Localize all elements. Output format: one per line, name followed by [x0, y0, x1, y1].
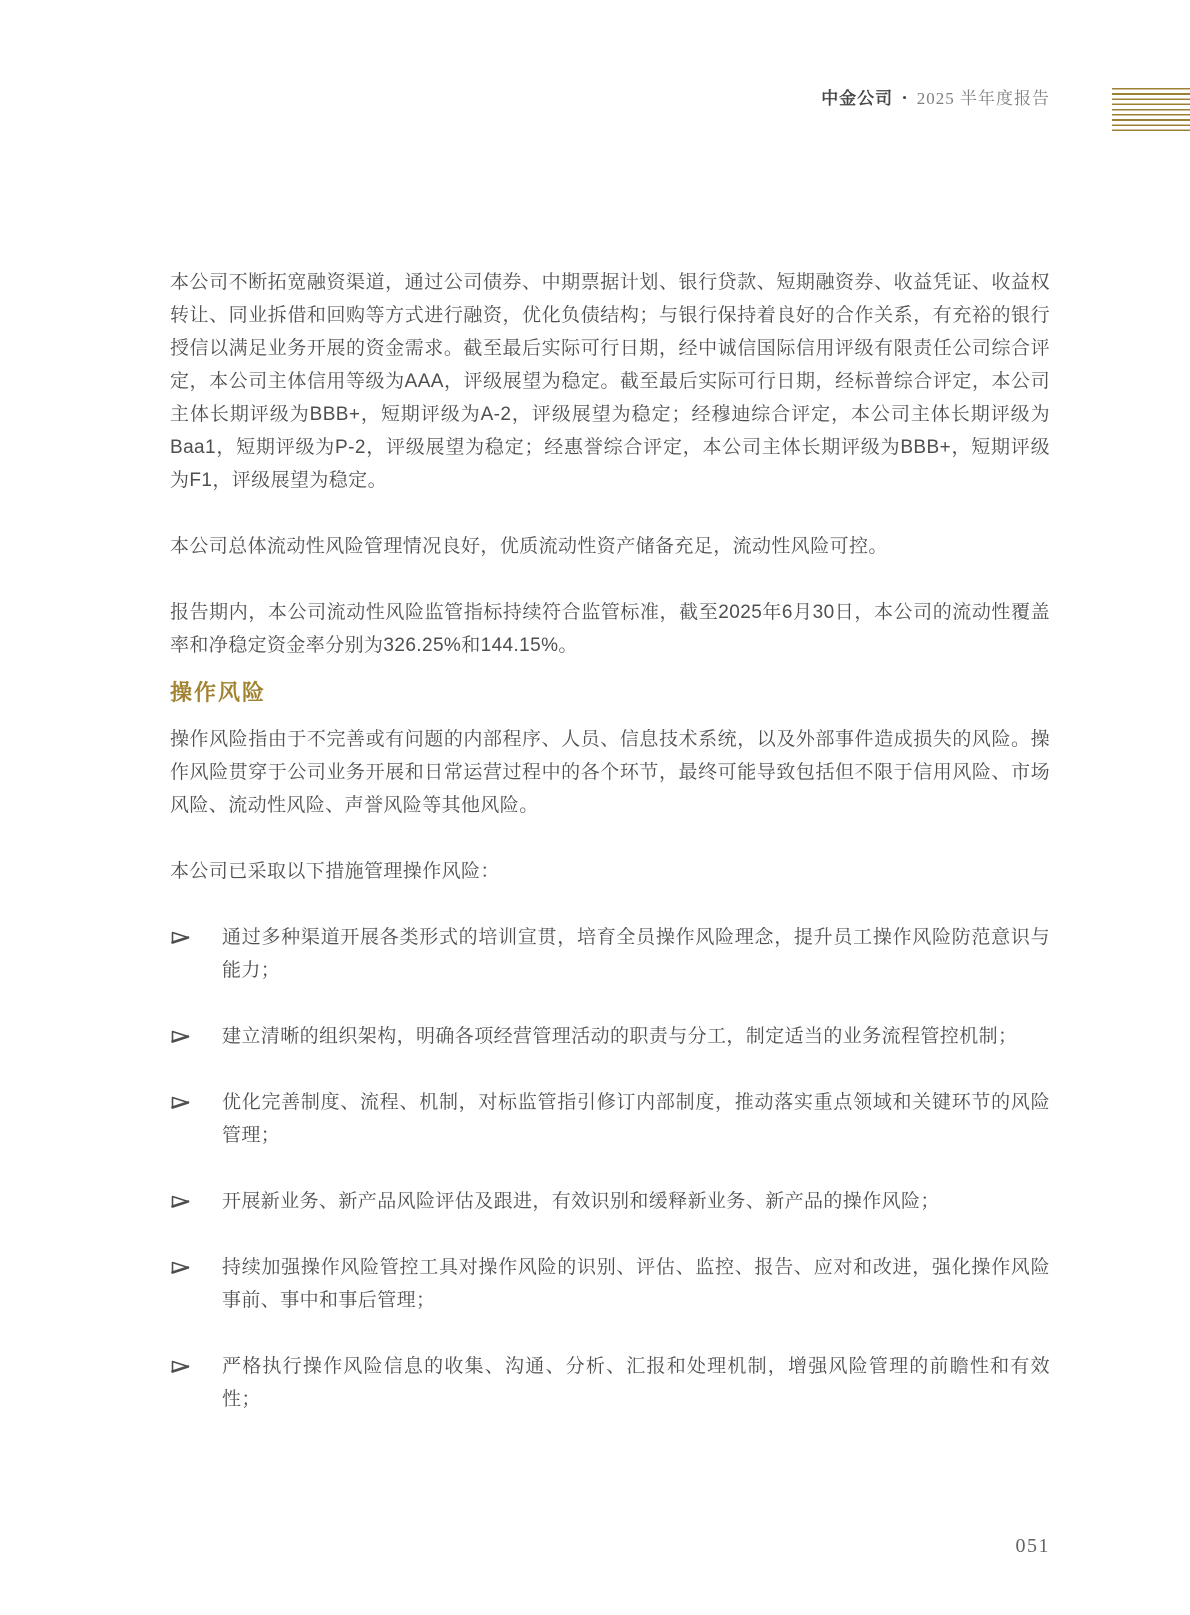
- arrowhead-right-icon: [170, 921, 222, 946]
- report-page: 中金公司•2025 半年度报告 本公司不断拓宽融资渠道，通过公司债券、中期票据计…: [0, 0, 1190, 1615]
- bullet-item: 建立清晰的组织架构，明确各项经营管理活动的职责与分工，制定适当的业务流程管控机制…: [170, 1020, 1050, 1053]
- arrowhead-right-icon: [170, 1185, 222, 1210]
- header-report-title: 2025 半年度报告: [917, 89, 1050, 108]
- bullet-text: 通过多种渠道开展各类形式的培训宣贯，培育全员操作风险理念，提升员工操作风险防范意…: [222, 921, 1050, 987]
- paragraph-measures-intro: 本公司已采取以下措施管理操作风险：: [170, 855, 1050, 888]
- paragraph-financing-channels: 本公司不断拓宽融资渠道，通过公司债券、中期票据计划、银行贷款、短期融资券、收益凭…: [170, 266, 1050, 497]
- arrowhead-right-icon: [170, 1020, 222, 1045]
- bullet-text: 优化完善制度、流程、机制，对标监管指引修订内部制度，推动落实重点领域和关键环节的…: [222, 1086, 1050, 1152]
- arrowhead-right-icon: [170, 1251, 222, 1276]
- paragraph-liquidity-status: 本公司总体流动性风险管理情况良好，优质流动性资产储备充足，流动性风险可控。: [170, 530, 1050, 563]
- section-heading-operational-risk: 操作风险: [170, 676, 1050, 709]
- bullet-text: 开展新业务、新产品风险评估及跟进，有效识别和缓释新业务、新产品的操作风险；: [222, 1185, 1050, 1218]
- bullet-item: 开展新业务、新产品风险评估及跟进，有效识别和缓释新业务、新产品的操作风险；: [170, 1185, 1050, 1218]
- arrowhead-right-icon: [170, 1350, 222, 1375]
- bullet-item: 持续加强操作风险管控工具对操作风险的识别、评估、监控、报告、应对和改进，强化操作…: [170, 1251, 1050, 1317]
- bullet-item: 严格执行操作风险信息的收集、沟通、分析、汇报和处理机制，增强风险管理的前瞻性和有…: [170, 1350, 1050, 1416]
- page-header: 中金公司•2025 半年度报告: [821, 86, 1050, 111]
- paragraph-operational-risk-definition: 操作风险指由于不完善或有问题的内部程序、人员、信息技术系统，以及外部事件造成损失…: [170, 723, 1050, 822]
- bullet-text: 建立清晰的组织架构，明确各项经营管理活动的职责与分工，制定适当的业务流程管控机制…: [222, 1020, 1050, 1053]
- report-body: 本公司不断拓宽融资渠道，通过公司债券、中期票据计划、银行贷款、短期融资券、收益凭…: [170, 266, 1050, 1416]
- bullet-text: 严格执行操作风险信息的收集、沟通、分析、汇报和处理机制，增强风险管理的前瞻性和有…: [222, 1350, 1050, 1416]
- arrowhead-right-icon: [170, 1086, 222, 1111]
- gold-stripes-logo: [1112, 88, 1190, 135]
- header-company-name: 中金公司: [821, 89, 893, 108]
- bullet-text: 持续加强操作风险管控工具对操作风险的识别、评估、监控、报告、应对和改进，强化操作…: [222, 1251, 1050, 1317]
- bullet-item: 优化完善制度、流程、机制，对标监管指引修订内部制度，推动落实重点领域和关键环节的…: [170, 1086, 1050, 1152]
- header-separator-dot: •: [902, 90, 908, 105]
- paragraph-liquidity-metrics: 报告期内，本公司流动性风险监管指标持续符合监管标准，截至2025年6月30日，本…: [170, 596, 1050, 662]
- bullet-list: 通过多种渠道开展各类形式的培训宣贯，培育全员操作风险理念，提升员工操作风险防范意…: [170, 921, 1050, 1416]
- page-number: 051: [1016, 1535, 1051, 1558]
- bullet-item: 通过多种渠道开展各类形式的培训宣贯，培育全员操作风险理念，提升员工操作风险防范意…: [170, 921, 1050, 987]
